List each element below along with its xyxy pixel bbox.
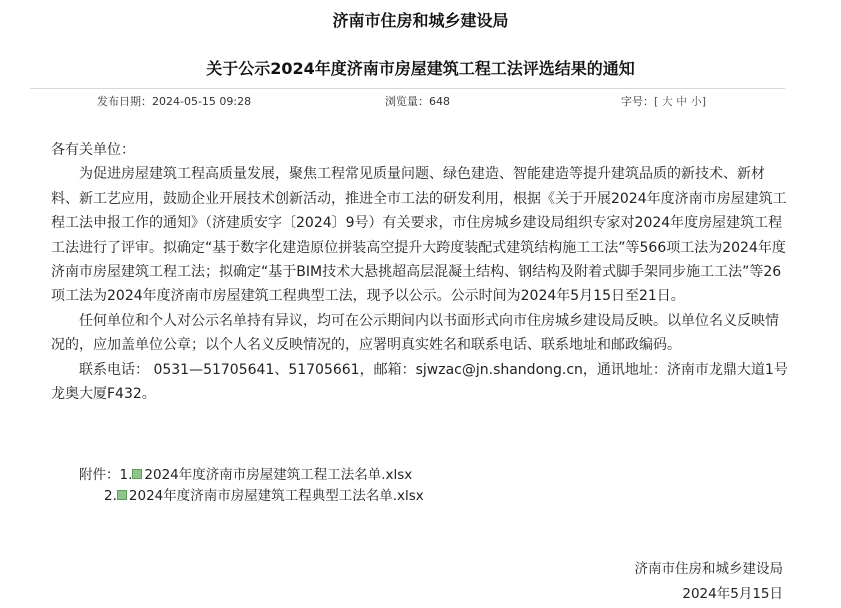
- attachment-item: 附件：1.2024年度济南市房屋建筑工程工法名单.xlsx: [79, 465, 424, 486]
- article-body: 各有关单位： 为促进房屋建筑工程高质量发展，聚焦工程常见质量问题、绿色建造、智能…: [51, 138, 791, 406]
- paragraph-contact: 联系电话： 0531—51705641、51705661，邮箱：sjwzac@j…: [51, 358, 791, 407]
- font-size-switcher: 字号：[ 大 中 小]: [621, 93, 706, 109]
- signature-organization: 济南市住房和城乡建设局: [635, 557, 784, 582]
- paragraph-objection: 任何单位和个人对公示名单持有异议，均可在公示期间内以书面形式向市住房城乡建设局反…: [51, 309, 791, 358]
- publish-date-value: 2024-05-15 09:28: [152, 95, 251, 108]
- publish-date-label: 发布日期：: [97, 95, 152, 108]
- attachment-item: 2.2024年度济南市房屋建筑工程典型工法名单.xlsx: [79, 486, 424, 507]
- view-count: 浏览量：648: [385, 93, 450, 109]
- font-size-small[interactable]: 小: [691, 95, 702, 108]
- paragraph-intro: 为促进房屋建筑工程高质量发展，聚焦工程常见质量问题、绿色建造、智能建造等提升建筑…: [51, 162, 791, 308]
- font-size-large[interactable]: 大: [662, 95, 673, 108]
- view-count-value: 648: [429, 95, 450, 108]
- page-title: 关于公示2024年度济南市房屋建筑工程工法评选结果的通知: [0, 56, 841, 79]
- bracket-close: ]: [702, 95, 706, 108]
- organization-title: 济南市住房和城乡建设局: [0, 8, 841, 31]
- view-count-label: 浏览量：: [385, 95, 429, 108]
- divider: [30, 88, 785, 89]
- publish-date: 发布日期：2024-05-15 09:28: [97, 93, 251, 109]
- attachment-link[interactable]: 2024年度济南市房屋建筑工程工法名单.xlsx: [144, 467, 412, 483]
- bracket-open: [: [654, 95, 658, 108]
- attachments-label: 附件：: [79, 467, 120, 483]
- attachments: 附件：1.2024年度济南市房屋建筑工程工法名单.xlsx 2.2024年度济南…: [79, 465, 424, 507]
- signature-date: 2024年5月15日: [635, 582, 784, 607]
- xlsx-file-icon: [117, 490, 127, 500]
- salutation: 各有关单位：: [51, 138, 791, 162]
- attachment-index: 2.: [104, 488, 117, 504]
- signature: 济南市住房和城乡建设局 2024年5月15日: [635, 557, 784, 607]
- font-size-label: 字号：: [621, 95, 654, 108]
- attachment-index: 1.: [120, 467, 133, 483]
- attachment-link[interactable]: 2024年度济南市房屋建筑工程典型工法名单.xlsx: [129, 488, 424, 504]
- xlsx-file-icon: [132, 469, 142, 479]
- font-size-medium[interactable]: 中: [676, 95, 687, 108]
